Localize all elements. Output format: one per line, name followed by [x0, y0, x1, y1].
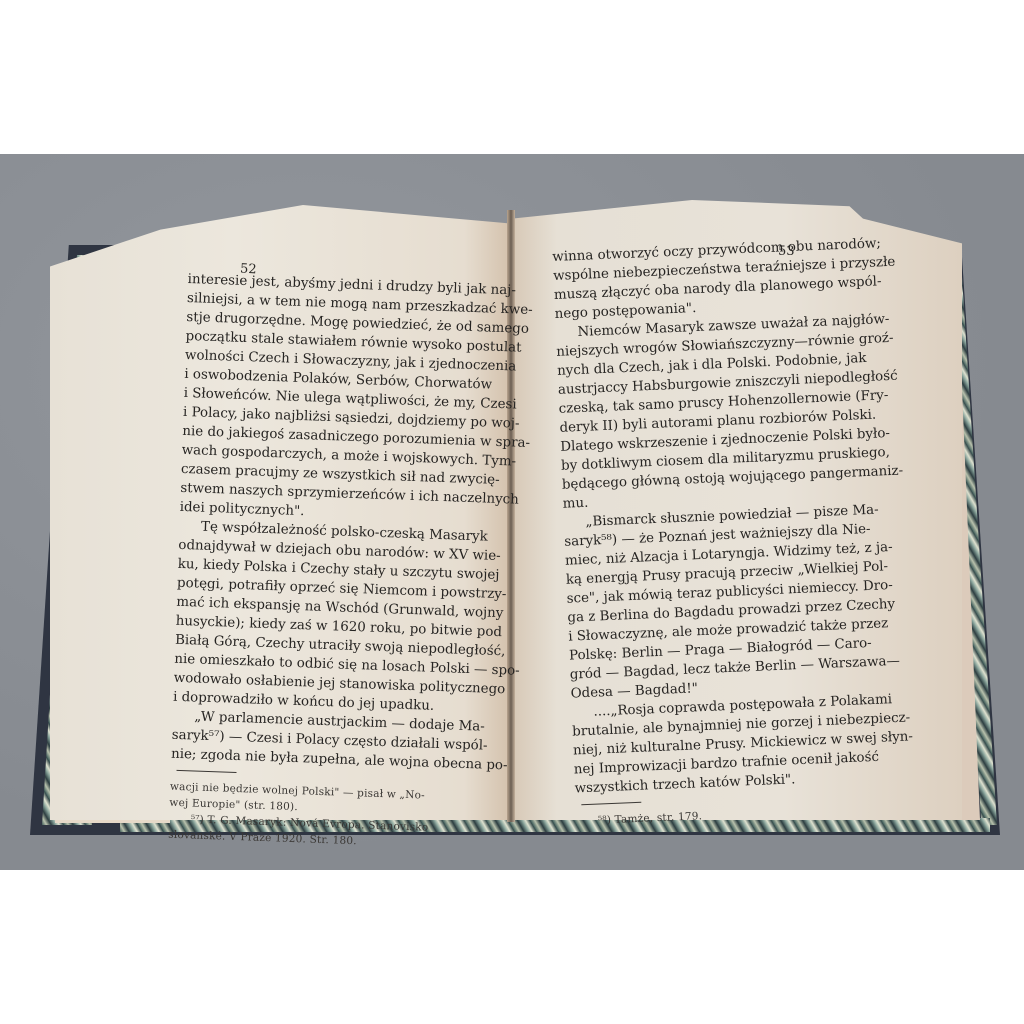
footnote-rule: [581, 802, 641, 806]
left-page-body: interesie jest, abyśmy jedni i drudzy by…: [168, 270, 508, 854]
right-page-body: winna otworzyć oczy przywódcom obu narod…: [552, 235, 896, 830]
footnote-rule: [177, 770, 237, 773]
